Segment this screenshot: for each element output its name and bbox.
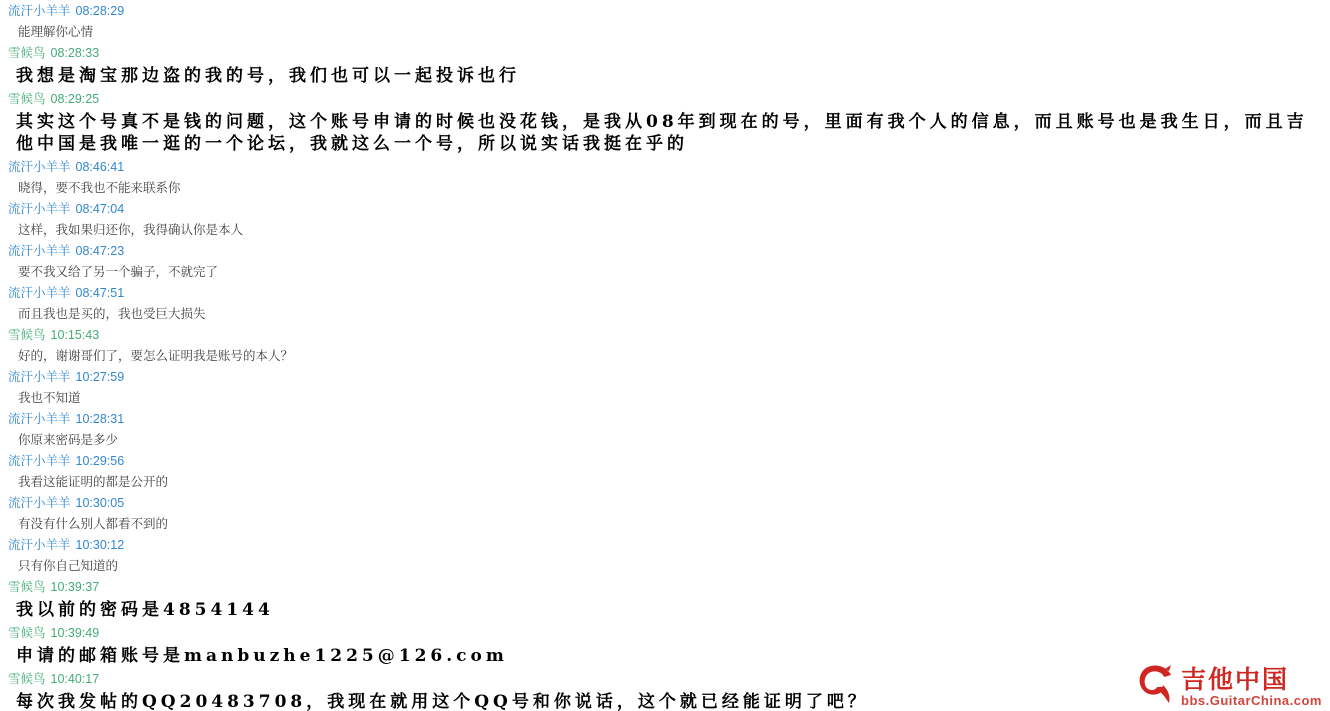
chat-message: 流汗小羊羊10:28:31 你原来密码是多少	[8, 409, 1322, 451]
message-text: 我看这能证明的都是公开的	[8, 472, 1322, 493]
chat-message: 流汗小羊羊08:47:23 要不我又给了另一个骗子，不就完了	[8, 241, 1322, 283]
message-text: 你原来密码是多少	[8, 430, 1322, 451]
sender-name: 流汗小羊羊	[8, 160, 71, 174]
message-timestamp: 08:46:41	[76, 160, 125, 174]
message-timestamp: 10:15:43	[51, 328, 100, 342]
chat-message: 雪候鸟10:39:49 申请的邮箱账号是manbuzhe1225@126.com	[8, 623, 1322, 669]
message-timestamp: 08:47:23	[76, 244, 125, 258]
chat-message: 雪候鸟10:40:17 每次我发帖的QQ20483708，我现在就用这个QQ号和…	[8, 669, 1322, 711]
sender-name: 雪候鸟	[8, 580, 46, 594]
watermark-title: 吉他中国	[1181, 668, 1289, 693]
sender-name: 流汗小羊羊	[8, 496, 71, 510]
sender-name: 雪候鸟	[8, 92, 46, 106]
chat-message: 雪候鸟08:28:33 我想是淘宝那边盗的我的号，我们也可以一起投诉也行	[8, 43, 1322, 89]
chat-message: 流汗小羊羊10:27:59 我也不知道	[8, 367, 1322, 409]
chat-message: 流汗小羊羊08:47:51 而且我也是买的，我也受巨大损失	[8, 283, 1322, 325]
message-timestamp: 10:30:12	[76, 538, 125, 552]
message-timestamp: 08:29:25	[51, 92, 100, 106]
message-timestamp: 10:29:56	[76, 454, 125, 468]
chat-log[interactable]: 流汗小羊羊08:28:29 能理解你心情 雪候鸟08:28:33 我想是淘宝那边…	[0, 0, 1330, 711]
message-timestamp: 10:39:49	[51, 626, 100, 640]
sender-name: 雪候鸟	[8, 626, 46, 640]
message-timestamp: 10:39:37	[51, 580, 100, 594]
guitarchina-dragon-logo-icon	[1135, 661, 1179, 707]
message-text: 申请的邮箱账号是manbuzhe1225@126.com	[8, 644, 1322, 669]
message-text: 我也不知道	[8, 388, 1322, 409]
sender-name: 流汗小羊羊	[8, 4, 71, 18]
sender-name: 流汗小羊羊	[8, 286, 71, 300]
sender-name: 流汗小羊羊	[8, 454, 71, 468]
sender-name: 雪候鸟	[8, 328, 46, 342]
sender-name: 流汗小羊羊	[8, 202, 71, 216]
message-text: 每次我发帖的QQ20483708，我现在就用这个QQ号和你说话，这个就已经能证明…	[8, 690, 1322, 711]
message-timestamp: 08:28:33	[51, 46, 100, 60]
chat-message: 雪候鸟10:15:43 好的，谢谢哥们了，要怎么证明我是账号的本人？	[8, 325, 1322, 367]
chat-message: 雪候鸟10:39:37 我以前的密码是4854144	[8, 577, 1322, 623]
message-timestamp: 10:28:31	[76, 412, 125, 426]
message-text: 只有你自己知道的	[8, 556, 1322, 577]
chat-message: 流汗小羊羊08:46:41 晓得，要不我也不能来联系你	[8, 157, 1322, 199]
message-text: 能理解你心情	[8, 22, 1322, 43]
message-text: 我想是淘宝那边盗的我的号，我们也可以一起投诉也行	[8, 64, 1322, 89]
chat-message: 流汗小羊羊10:30:12 只有你自己知道的	[8, 535, 1322, 577]
chat-message: 流汗小羊羊10:29:56 我看这能证明的都是公开的	[8, 451, 1322, 493]
chat-message: 雪候鸟08:29:25 其实这个号真不是钱的问题，这个账号申请的时候也没花钱，是…	[8, 89, 1322, 157]
message-timestamp: 08:28:29	[76, 4, 125, 18]
chat-message: 流汗小羊羊08:47:04 这样，我如果归还你，我得确认你是本人	[8, 199, 1322, 241]
message-text: 而且我也是买的，我也受巨大损失	[8, 304, 1322, 325]
watermark-subtitle: bbs.GuitarChina.com	[1181, 694, 1322, 707]
chat-message: 流汗小羊羊08:28:29 能理解你心情	[8, 1, 1322, 43]
sender-name: 雪候鸟	[8, 46, 46, 60]
message-text: 我以前的密码是4854144	[8, 598, 1322, 623]
sender-name: 雪候鸟	[8, 672, 46, 686]
message-text: 好的，谢谢哥们了，要怎么证明我是账号的本人？	[8, 346, 1322, 367]
sender-name: 流汗小羊羊	[8, 244, 71, 258]
sender-name: 流汗小羊羊	[8, 412, 71, 426]
message-timestamp: 10:27:59	[76, 370, 125, 384]
chat-message: 流汗小羊羊10:30:05 有没有什么别人都看不到的	[8, 493, 1322, 535]
message-text: 这样，我如果归还你，我得确认你是本人	[8, 220, 1322, 241]
message-text: 有没有什么别人都看不到的	[8, 514, 1322, 535]
guitarchina-watermark: 吉他中国 bbs.GuitarChina.com	[1135, 661, 1322, 707]
message-text: 晓得，要不我也不能来联系你	[8, 178, 1322, 199]
message-timestamp: 10:30:05	[76, 496, 125, 510]
sender-name: 流汗小羊羊	[8, 370, 71, 384]
message-timestamp: 08:47:51	[76, 286, 125, 300]
message-timestamp: 08:47:04	[76, 202, 125, 216]
message-text: 其实这个号真不是钱的问题，这个账号申请的时候也没花钱，是我从08年到现在的号，里…	[8, 110, 1322, 157]
message-timestamp: 10:40:17	[51, 672, 100, 686]
message-text: 要不我又给了另一个骗子，不就完了	[8, 262, 1322, 283]
sender-name: 流汗小羊羊	[8, 538, 71, 552]
